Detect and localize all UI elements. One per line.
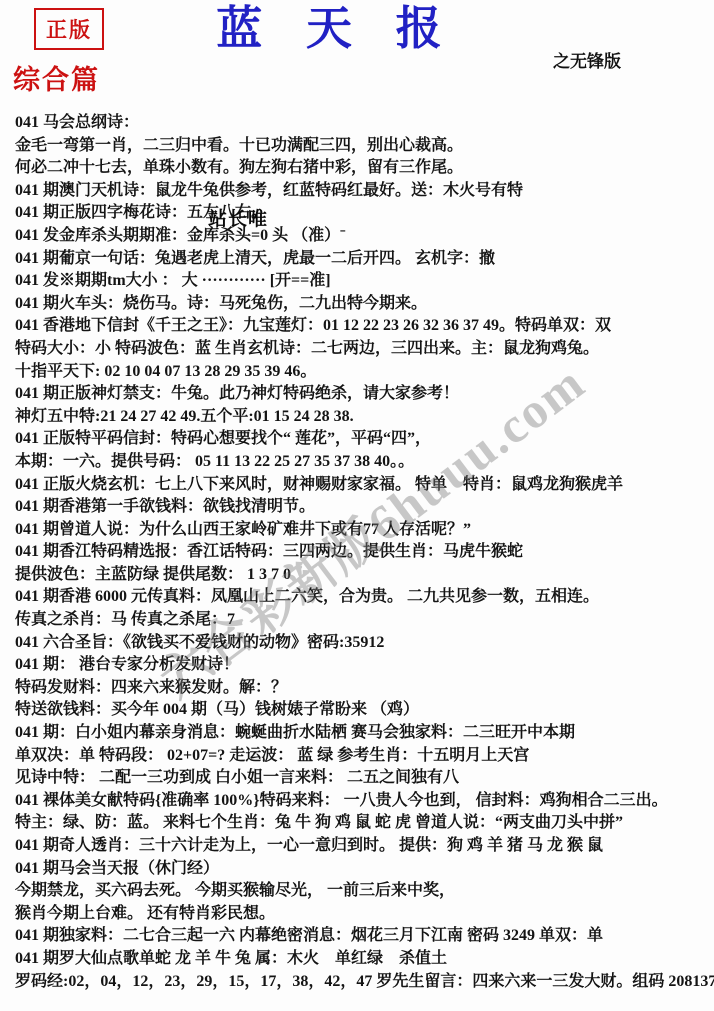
webmaster-stamp: 站长唯 [208,204,268,231]
text-line: 041 裸体美女献特码{准确率 100%}特码来料： 一八贵人今也到， 信封料：… [15,790,708,813]
text-line: 神灯五中特:21 24 27 42 49.五个平:01 15 24 28 38. [15,406,708,429]
text-line: 041 马会总纲诗： [15,112,708,135]
text-line: 041 正版火烧玄机：七上八下来风时，财神赐财家家福。 特单 特肖：鼠鸡龙狗猴虎… [15,474,708,497]
text-line: 单双决：单 特码段： 02+07=? 走运波： 蓝 绿 参考生肖：十五明月上天宫 [15,745,708,768]
text-line: 041 正版特平码信封：特码心想要找个“ 莲花”，平码“四”， [15,428,708,451]
text-line: 041 期香港第一手欲钱料：欲钱找清明节。 [15,496,708,519]
body-text: 041 马会总纲诗：金毛一弯第一肖，二三归中看。十已功满配三四，别出心裁高。何必… [0,112,714,993]
newspaper-page: 正版 蓝 天 报 之无锋版 综合篇 041 马会总纲诗：金毛一弯第一肖，二三归中… [0,0,714,1011]
text-line: 041 期葡京一句话：兔遇老虎上清天，虎最一二后开四。 玄机字：撤 [15,248,708,271]
text-line: 041 期：白小姐内幕亲身消息：蜿蜒曲折水陆栖 赛马会独家料：二三旺开中本期 [15,722,708,745]
text-line: 041 期澳门天机诗：鼠龙牛兔供参考，红蓝特码红最好。送：木火号有特 [15,180,708,203]
text-line: 本期：一六。提供号码： 05 11 13 22 25 27 35 37 38 4… [15,451,708,474]
page-header: 正版 蓝 天 报 之无锋版 综合篇 [0,0,714,112]
text-line: 041 香港地下信封《千王之王》：九宝莲灯：01 12 22 23 26 32 … [15,315,708,338]
text-line: 041 发※期期tm大小 ： 大 ············ [开==准] [15,270,708,293]
text-line: 特主：绿、防：蓝。 来料七个生肖：兔 牛 狗 鸡 鼠 蛇 虎 曾道人说：“两支曲… [15,812,708,835]
text-line: 041 发金库杀头期期准：金库杀头=0 头 （准）ˉ [15,225,708,248]
text-line: 特码大小：小 特码波色：蓝 生肖玄机诗：二七两边，三四出来。主：鼠龙狗鸡兔。 [15,338,708,361]
text-line: 何必二冲十七去，单珠小数有。狗左狗右猪中彩，留有三作尾。 [15,157,708,180]
text-line: 041 期奇人透肖：三十六计走为上，一心一意归到时。 提供：狗 鸡 羊 猪 马 … [15,835,708,858]
text-line: 041 期正版神灯禁支：牛兔。此乃神灯特码绝杀，请大家参考！ [15,383,708,406]
text-line: 041 期曾道人说：为什么山西王家岭矿难井下或有77 人存活呢？” [15,519,708,542]
text-line: 041 期罗大仙点歌单蛇 龙 羊 牛 兔 属：木火 单红绿 杀值土 [15,948,708,971]
text-line: 十指平天下: 02 10 04 07 13 28 29 35 39 46。 [15,361,708,384]
text-line: 041 期独家料：二七合三起一六 内幕绝密消息：烟花三月下江南 密码 3249 … [15,925,708,948]
text-line: 041 期马会当天报（休门经） [15,858,708,881]
text-line: 特送欲钱料：买今年 004 期（马）钱树婊子常盼来 （鸡） [15,699,708,722]
text-line: 猴肖今期上台难。 还有特肖彩民想。 [15,903,708,926]
text-line: 金毛一弯第一肖，二三归中看。十已功满配三四，别出心裁高。 [15,135,708,158]
text-line: 041 期香港 6000 元传真料：凤凰山上二六笑，合为贵。 二九共见参一数，五… [15,586,708,609]
edition-label: 之无锋版 [553,47,621,72]
text-line: 041 期香江特码精选报：香江话特码：三四两边。提供生肖：马虎牛猴蛇 [15,541,708,564]
text-line: 今期禁龙，买六码去死。 今期买猴输尽光， 一前三后来中奖， [15,880,708,903]
text-line: 提供波色：主蓝防绿 提供尾数： 1 3 7 0 [15,564,708,587]
section-title: 综合篇 [13,58,100,97]
text-line: 041 六合圣旨：《欲钱买不爱钱财的动物》密码:35912 [15,632,708,655]
text-line: 041 期正版四字梅花诗：五左八右。 [15,202,708,225]
text-line: 特码发财料：四来六来猴发财。解：？ [15,677,708,700]
text-line: 传真之杀肖：马 传真之杀尾：7 [15,609,708,632]
text-line: 041 期火车头：烧伤马。诗：马死兔伤，二九出特今期来。 [15,293,708,316]
text-line: 见诗中特： 二配一三功到成 白小姐一言来料： 二五之间独有八 [15,767,708,790]
text-line: 罗码经:02，04，12，23，29，15，17，38，42，47 罗先生留言：… [15,971,708,994]
text-line: 041 期： 港台专家分析发财诗！ [15,654,708,677]
